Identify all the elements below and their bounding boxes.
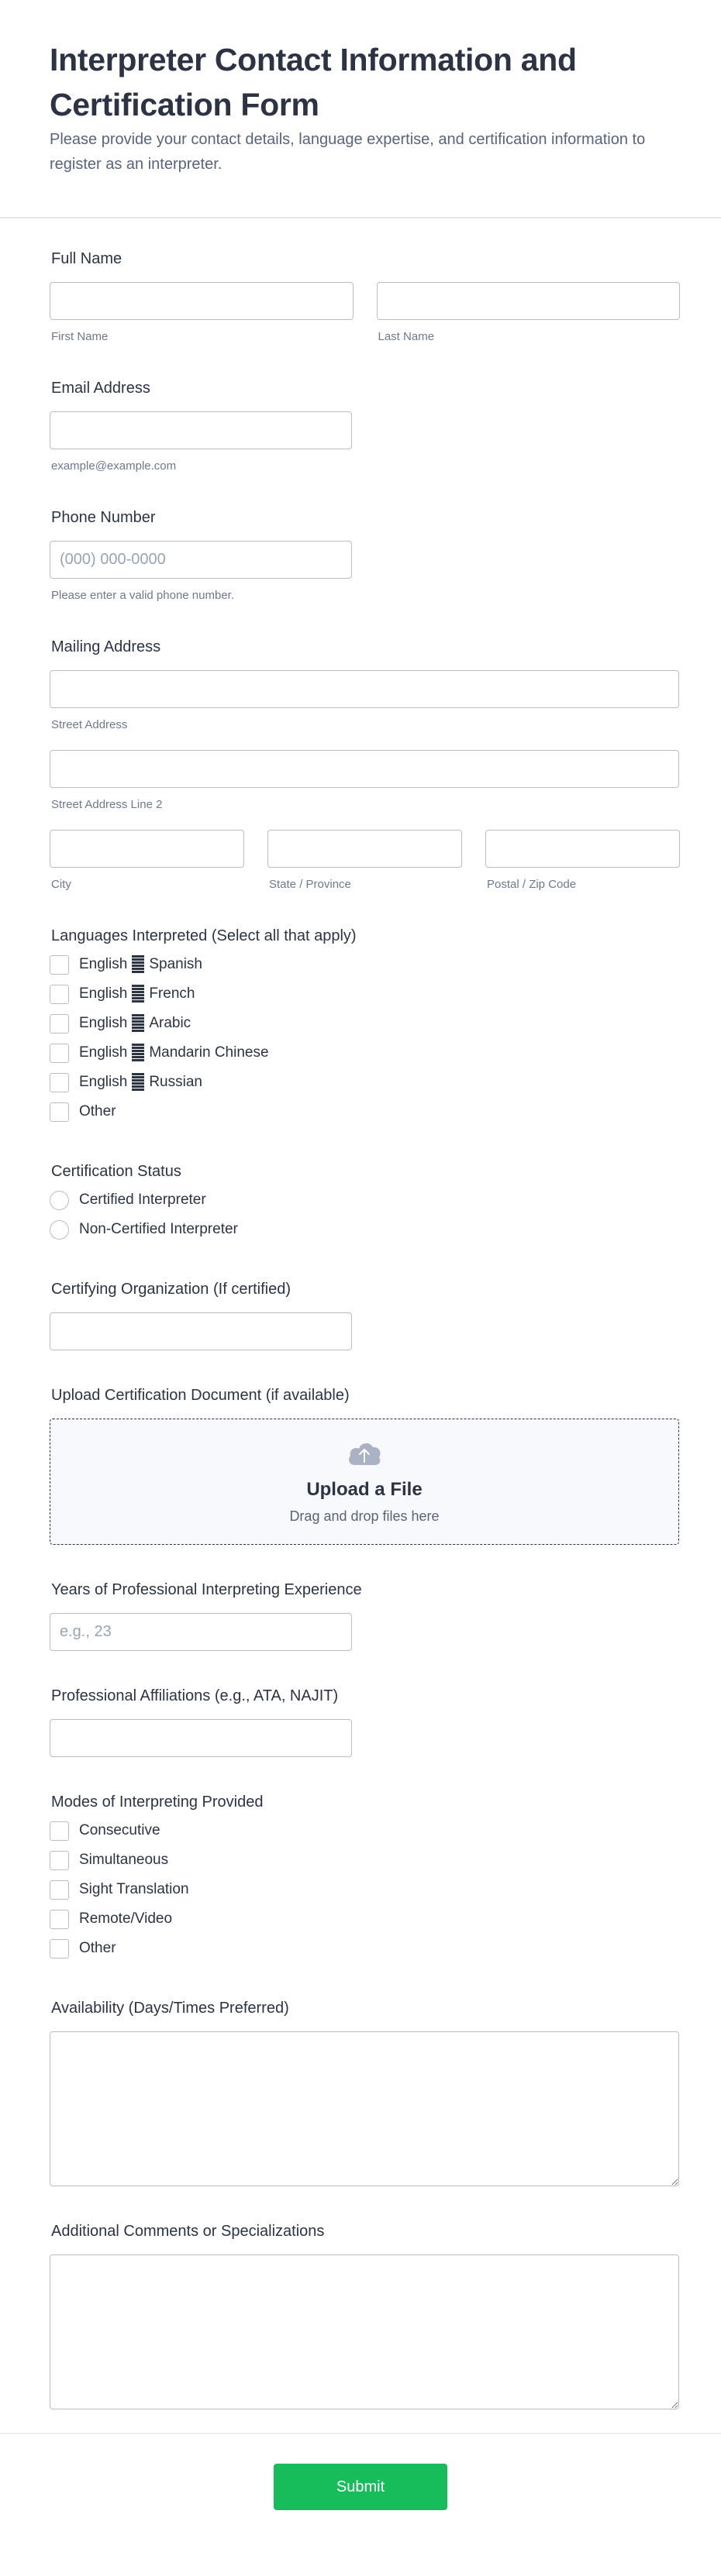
radio-button[interactable] (50, 1191, 69, 1210)
email-sublabel: example@example.com (51, 459, 680, 473)
certifying-org-label: Certifying Organization (If certified) (51, 1280, 680, 1298)
language-option[interactable]: EnglishMandarin Chinese (50, 1038, 680, 1068)
option-label: EnglishArabic (79, 1014, 191, 1033)
option-label: Other (79, 1103, 116, 1120)
phone-label: Phone Number (51, 508, 680, 527)
languages-label: Languages Interpreted (Select all that a… (51, 927, 680, 945)
email-input[interactable] (50, 411, 352, 449)
full-name-field: Full Name First Name Last Name (50, 249, 680, 343)
radio-button[interactable] (50, 1220, 69, 1240)
option-label: Non-Certified Interpreter (79, 1221, 238, 1238)
phone-field: Phone Number Please enter a valid phone … (50, 508, 680, 602)
full-name-label: Full Name (51, 249, 680, 268)
last-name-input[interactable] (377, 282, 681, 320)
phone-sublabel: Please enter a valid phone number. (51, 589, 680, 602)
experience-field: Years of Professional Interpreting Exper… (50, 1580, 680, 1651)
language-option[interactable]: EnglishFrench (50, 979, 680, 1009)
option-label: Consecutive (79, 1822, 160, 1839)
comments-textarea[interactable] (50, 2254, 679, 2409)
languages-field: Languages Interpreted (Select all that a… (50, 927, 680, 1126)
page-title: Interpreter Contact Information and Cert… (50, 37, 671, 127)
mode-option[interactable]: Remote/Video (50, 1904, 680, 1934)
state-input[interactable] (267, 830, 462, 868)
street-address-2-input[interactable] (50, 750, 679, 788)
option-label: EnglishRussian (79, 1073, 202, 1092)
separator-glyph-icon (132, 985, 144, 1003)
modes-label: Modes of Interpreting Provided (51, 1793, 680, 1811)
option-label: Remote/Video (79, 1911, 172, 1928)
address-label: Mailing Address (51, 638, 680, 656)
separator-glyph-icon (132, 1073, 144, 1092)
checkbox[interactable] (50, 1044, 69, 1063)
certifying-org-field: Certifying Organization (If certified) (50, 1280, 680, 1350)
email-label: Email Address (51, 379, 680, 397)
cloud-upload-icon (346, 1439, 383, 1467)
mode-option[interactable]: Sight Translation (50, 1875, 680, 1904)
upload-label: Upload Certification Document (if availa… (51, 1386, 680, 1405)
mode-option[interactable]: Other (50, 1934, 680, 1963)
zip-sublabel: Postal / Zip Code (487, 878, 680, 891)
option-label: EnglishSpanish (79, 955, 202, 974)
affiliations-label: Professional Affiliations (e.g., ATA, NA… (51, 1687, 680, 1705)
upload-field: Upload Certification Document (if availa… (50, 1386, 680, 1545)
modes-field: Modes of Interpreting Provided Consecuti… (50, 1793, 680, 1963)
certifying-org-input[interactable] (50, 1312, 352, 1350)
first-name-sublabel: First Name (51, 330, 354, 343)
checkbox[interactable] (50, 1880, 69, 1900)
availability-label: Availability (Days/Times Preferred) (51, 1999, 680, 2017)
language-option[interactable]: EnglishRussian (50, 1068, 680, 1097)
affiliations-field: Professional Affiliations (e.g., ATA, NA… (50, 1687, 680, 1757)
email-field: Email Address example@example.com (50, 379, 680, 473)
street-address-input[interactable] (50, 670, 679, 708)
comments-label: Additional Comments or Specializations (51, 2222, 680, 2241)
state-sublabel: State / Province (269, 878, 462, 891)
phone-input[interactable] (50, 541, 352, 579)
zip-input[interactable] (485, 830, 680, 868)
checkbox[interactable] (50, 1851, 69, 1870)
radio-certified[interactable]: Certified Interpreter (50, 1185, 680, 1215)
option-label: Other (79, 1940, 116, 1957)
address-field: Mailing Address Street Address Street Ad… (50, 638, 680, 891)
separator-glyph-icon (132, 1044, 144, 1062)
option-label: Certified Interpreter (79, 1192, 206, 1209)
submit-button[interactable]: Submit (274, 2464, 447, 2510)
form-body: Full Name First Name Last Name Email Add… (0, 218, 721, 2409)
separator-glyph-icon (132, 1014, 144, 1033)
page-subtitle: Please provide your contact details, lan… (50, 127, 671, 177)
availability-textarea[interactable] (50, 2031, 679, 2186)
language-option[interactable]: EnglishSpanish (50, 950, 680, 979)
option-label: Simultaneous (79, 1852, 168, 1869)
upload-title: Upload a File (306, 1479, 422, 1501)
experience-label: Years of Professional Interpreting Exper… (51, 1580, 680, 1599)
file-dropzone[interactable]: Upload a File Drag and drop files here (50, 1419, 679, 1545)
experience-input[interactable] (50, 1613, 352, 1651)
option-label: EnglishFrench (79, 985, 195, 1003)
radio-non-certified[interactable]: Non-Certified Interpreter (50, 1215, 680, 1244)
comments-field: Additional Comments or Specializations (50, 2222, 680, 2409)
availability-field: Availability (Days/Times Preferred) (50, 1999, 680, 2186)
first-name-input[interactable] (50, 282, 354, 320)
checkbox[interactable] (50, 1821, 69, 1841)
checkbox[interactable] (50, 955, 69, 975)
language-option[interactable]: EnglishArabic (50, 1009, 680, 1038)
checkbox[interactable] (50, 1910, 69, 1929)
form-footer: Submit (0, 2433, 721, 2557)
checkbox[interactable] (50, 985, 69, 1004)
checkbox[interactable] (50, 1939, 69, 1959)
city-input[interactable] (50, 830, 244, 868)
separator-glyph-icon (132, 955, 144, 974)
certification-status-field: Certification Status Certified Interpret… (50, 1162, 680, 1244)
checkbox[interactable] (50, 1102, 69, 1122)
street-address-sublabel: Street Address (51, 718, 680, 731)
upload-subtitle: Drag and drop files here (289, 1508, 439, 1525)
option-label: EnglishMandarin Chinese (79, 1044, 269, 1062)
mode-option[interactable]: Consecutive (50, 1816, 680, 1845)
affiliations-input[interactable] (50, 1719, 352, 1757)
mode-option[interactable]: Simultaneous (50, 1845, 680, 1875)
option-label: Sight Translation (79, 1881, 189, 1898)
checkbox[interactable] (50, 1073, 69, 1092)
street-address-2-sublabel: Street Address Line 2 (51, 798, 680, 811)
form-header: Interpreter Contact Information and Cert… (0, 0, 721, 218)
last-name-sublabel: Last Name (378, 330, 681, 343)
certification-status-label: Certification Status (51, 1162, 680, 1181)
checkbox[interactable] (50, 1014, 69, 1033)
city-sublabel: City (51, 878, 244, 891)
language-option-other[interactable]: Other (50, 1097, 680, 1126)
